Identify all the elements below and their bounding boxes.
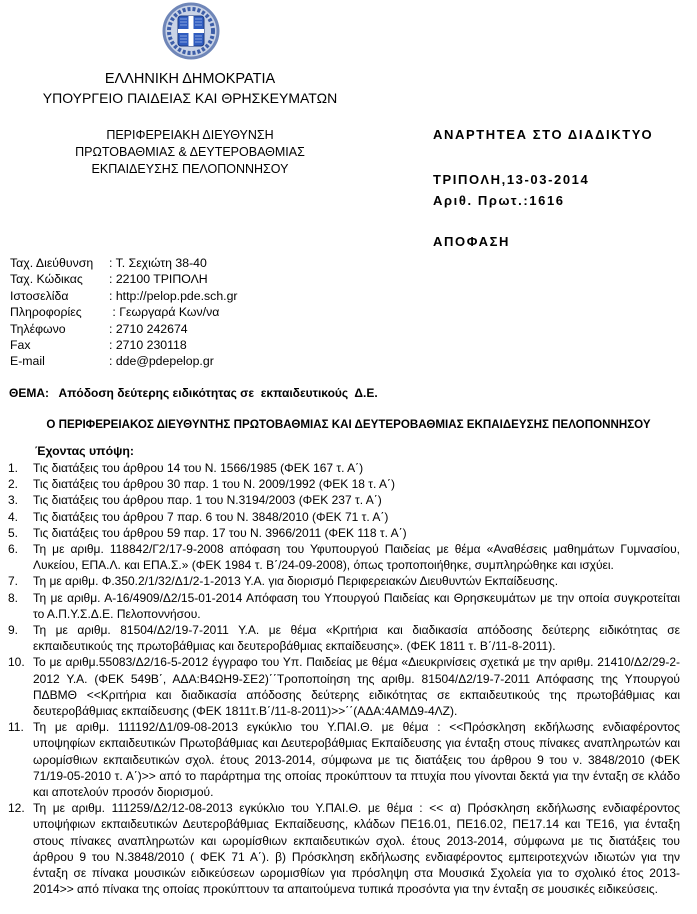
ministry-title: ΥΠΟΥΡΓΕΙΟ ΠΑΙΔΕΙΑΣ ΚΑΙ ΘΡΗΣΚΕΥΜΑΤΩΝ (0, 89, 380, 107)
director-heading: Ο ΠΕΡΙΦΕΡΕΙΑΚΟΣ ΔΙΕΥΘΥΝΤΗΣ ΠΡΩΤΟΒΑΘΜΙΑΣ … (0, 418, 697, 431)
place-date: ΤΡΙΠΟΛΗ,13-03-2014 (433, 172, 589, 187)
list-item-text: Τη με αριθμ. 81504/Δ2/19-7-2011 Υ.Α. με … (33, 622, 680, 654)
list-item-number: 8. (8, 590, 33, 622)
list-item: 3.Τις διατάξεις του άρθρου παρ. 1 του Ν.… (8, 492, 680, 508)
list-item-text: Τη με αριθμ. 118842/Γ2/17-9-2008 απόφαση… (33, 541, 680, 573)
contact-row: Ιστοσελίδα: http://pelop.pde.sch.gr (10, 288, 238, 304)
list-item: 7.Τη με αριθμ. Φ.350.2/1/32/Δ1/2-1-2013 … (8, 573, 680, 589)
list-item: 9.Τη με αριθμ. 81504/Δ2/19-7-2011 Υ.Α. μ… (8, 622, 680, 654)
list-item-text: Τη με αριθμ. Φ.350.2/1/32/Δ1/2-1-2013 Υ.… (33, 573, 680, 589)
contact-label: E-mail (10, 353, 109, 369)
contact-row: E-mail: dde@pdepelop.gr (10, 353, 238, 369)
department-line: ΠΡΩΤΟΒΑΘΜΙΑΣ & ΔΕΥΤΕΡΟΒΑΘΜΙΑΣ (0, 144, 380, 161)
list-item-text: Τις διατάξεις του άρθρου παρ. 1 του Ν.31… (33, 492, 680, 508)
list-item-text: Τη με αριθμ. 111192/Δ1/09-08-2013 εγκύκλ… (33, 719, 680, 800)
contact-label: Ταχ. Κώδικας (10, 271, 109, 287)
contact-row: Ταχ. Διεύθυνση: Τ. Σεχιώτη 38-40 (10, 255, 238, 271)
department-block: ΠΕΡΙΦΕΡΕΙΑΚΗ ΔΙΕΥΘΥΝΣΗ ΠΡΩΤΟΒΑΘΜΙΑΣ & ΔΕ… (0, 127, 380, 178)
considering-heading: Έχοντας υπόψη: (35, 444, 134, 458)
department-line: ΕΚΠΑΙΔΕΥΣΗΣ ΠΕΛΟΠΟΝΝΗΣΟΥ (0, 161, 380, 178)
contact-row: Τηλέφωνο: 2710 242674 (10, 321, 238, 337)
contact-row: Fax: 2710 230118 (10, 337, 238, 353)
considerations-list: 1.Τις διατάξεις του άρθρου 14 του Ν. 156… (8, 460, 680, 897)
protocol-number: Αριθ. Πρωτ.:1616 (433, 193, 565, 208)
list-item-number: 10. (8, 654, 33, 719)
contact-value: : 22100 ΤΡΙΠΟΛΗ (109, 271, 208, 287)
subject-line: ΘΕΜΑ: Απόδοση δεύτερης ειδικότητας σε εκ… (9, 386, 378, 400)
document-type: ΑΠΟΦΑΣΗ (433, 234, 510, 249)
list-item: 1.Τις διατάξεις του άρθρου 14 του Ν. 156… (8, 460, 680, 476)
list-item: 5.Τις διατάξεις του άρθρου 59 παρ. 17 το… (8, 525, 680, 541)
list-item-text: Τη με αριθμ. 111259/Δ2/12-08-2013 εγκύκλ… (33, 800, 680, 897)
list-item: 2.Τις διατάξεις του άρθρου 30 παρ. 1 του… (8, 476, 680, 492)
list-item-number: 5. (8, 525, 33, 541)
list-item-number: 2. (8, 476, 33, 492)
list-item: 12.Τη με αριθμ. 111259/Δ2/12-08-2013 εγκ… (8, 800, 680, 897)
greek-coat-of-arms-icon (162, 2, 220, 60)
department-line: ΠΕΡΙΦΕΡΕΙΑΚΗ ΔΙΕΥΘΥΝΣΗ (0, 127, 380, 144)
contact-label: Πληροφορίες (10, 304, 109, 320)
list-item-number: 7. (8, 573, 33, 589)
contact-row: Ταχ. Κώδικας: 22100 ΤΡΙΠΟΛΗ (10, 271, 238, 287)
list-item-text: Τις διατάξεις του άρθρου 59 παρ. 17 του … (33, 525, 680, 541)
contact-label: Fax (10, 337, 109, 353)
contact-value: : dde@pdepelop.gr (109, 353, 214, 369)
list-item: 6.Τη με αριθμ. 118842/Γ2/17-9-2008 απόφα… (8, 541, 680, 573)
list-item-text: Τη με αριθμ. Α-16/4909/Δ2/15-01-2014 Από… (33, 590, 680, 622)
list-item: 4.Τις διατάξεις του άρθρου 7 παρ. 6 του … (8, 509, 680, 525)
list-item: 8.Τη με αριθμ. Α-16/4909/Δ2/15-01-2014 Α… (8, 590, 680, 622)
list-item-text: Το με αριθμ.55083/Δ2/16-5-2012 έγγραφο τ… (33, 654, 680, 719)
list-item-text: Τις διατάξεις του άρθρου 30 παρ. 1 του Ν… (33, 476, 680, 492)
list-item-number: 6. (8, 541, 33, 573)
contact-label: Ιστοσελίδα (10, 288, 109, 304)
contact-info: Ταχ. Διεύθυνση: Τ. Σεχιώτη 38-40 Ταχ. Κώ… (10, 255, 238, 370)
post-notice: ΑΝΑΡΤΗΤΕΑ ΣΤΟ ΔΙΑΔΙΚΤΥΟ (433, 127, 653, 142)
republic-title: ΕΛΛΗΝΙΚΗ ΔΗΜΟΚΡΑΤΙΑ (0, 70, 380, 88)
list-item-number: 11. (8, 719, 33, 800)
contact-value: : Τ. Σεχιώτη 38-40 (109, 255, 207, 271)
contact-value: : http://pelop.pde.sch.gr (109, 288, 238, 304)
list-item: 10.Το με αριθμ.55083/Δ2/16-5-2012 έγγραφ… (8, 654, 680, 719)
contact-value: : 2710 242674 (109, 321, 188, 337)
list-item: 11.Τη με αριθμ. 111192/Δ1/09-08-2013 εγκ… (8, 719, 680, 800)
contact-value: : Γεωργαρά Κων/να (109, 304, 219, 320)
list-item-number: 12. (8, 800, 33, 897)
list-item-text: Τις διατάξεις του άρθρου 14 του Ν. 1566/… (33, 460, 680, 476)
list-item-number: 1. (8, 460, 33, 476)
contact-label: Τηλέφωνο (10, 321, 109, 337)
contact-value: : 2710 230118 (109, 337, 187, 353)
list-item-number: 3. (8, 492, 33, 508)
list-item-number: 9. (8, 622, 33, 654)
contact-label: Ταχ. Διεύθυνση (10, 255, 109, 271)
list-item-text: Τις διατάξεις του άρθρου 7 παρ. 6 του Ν.… (33, 509, 680, 525)
contact-row: Πληροφορίες : Γεωργαρά Κων/να (10, 304, 238, 320)
list-item-number: 4. (8, 509, 33, 525)
